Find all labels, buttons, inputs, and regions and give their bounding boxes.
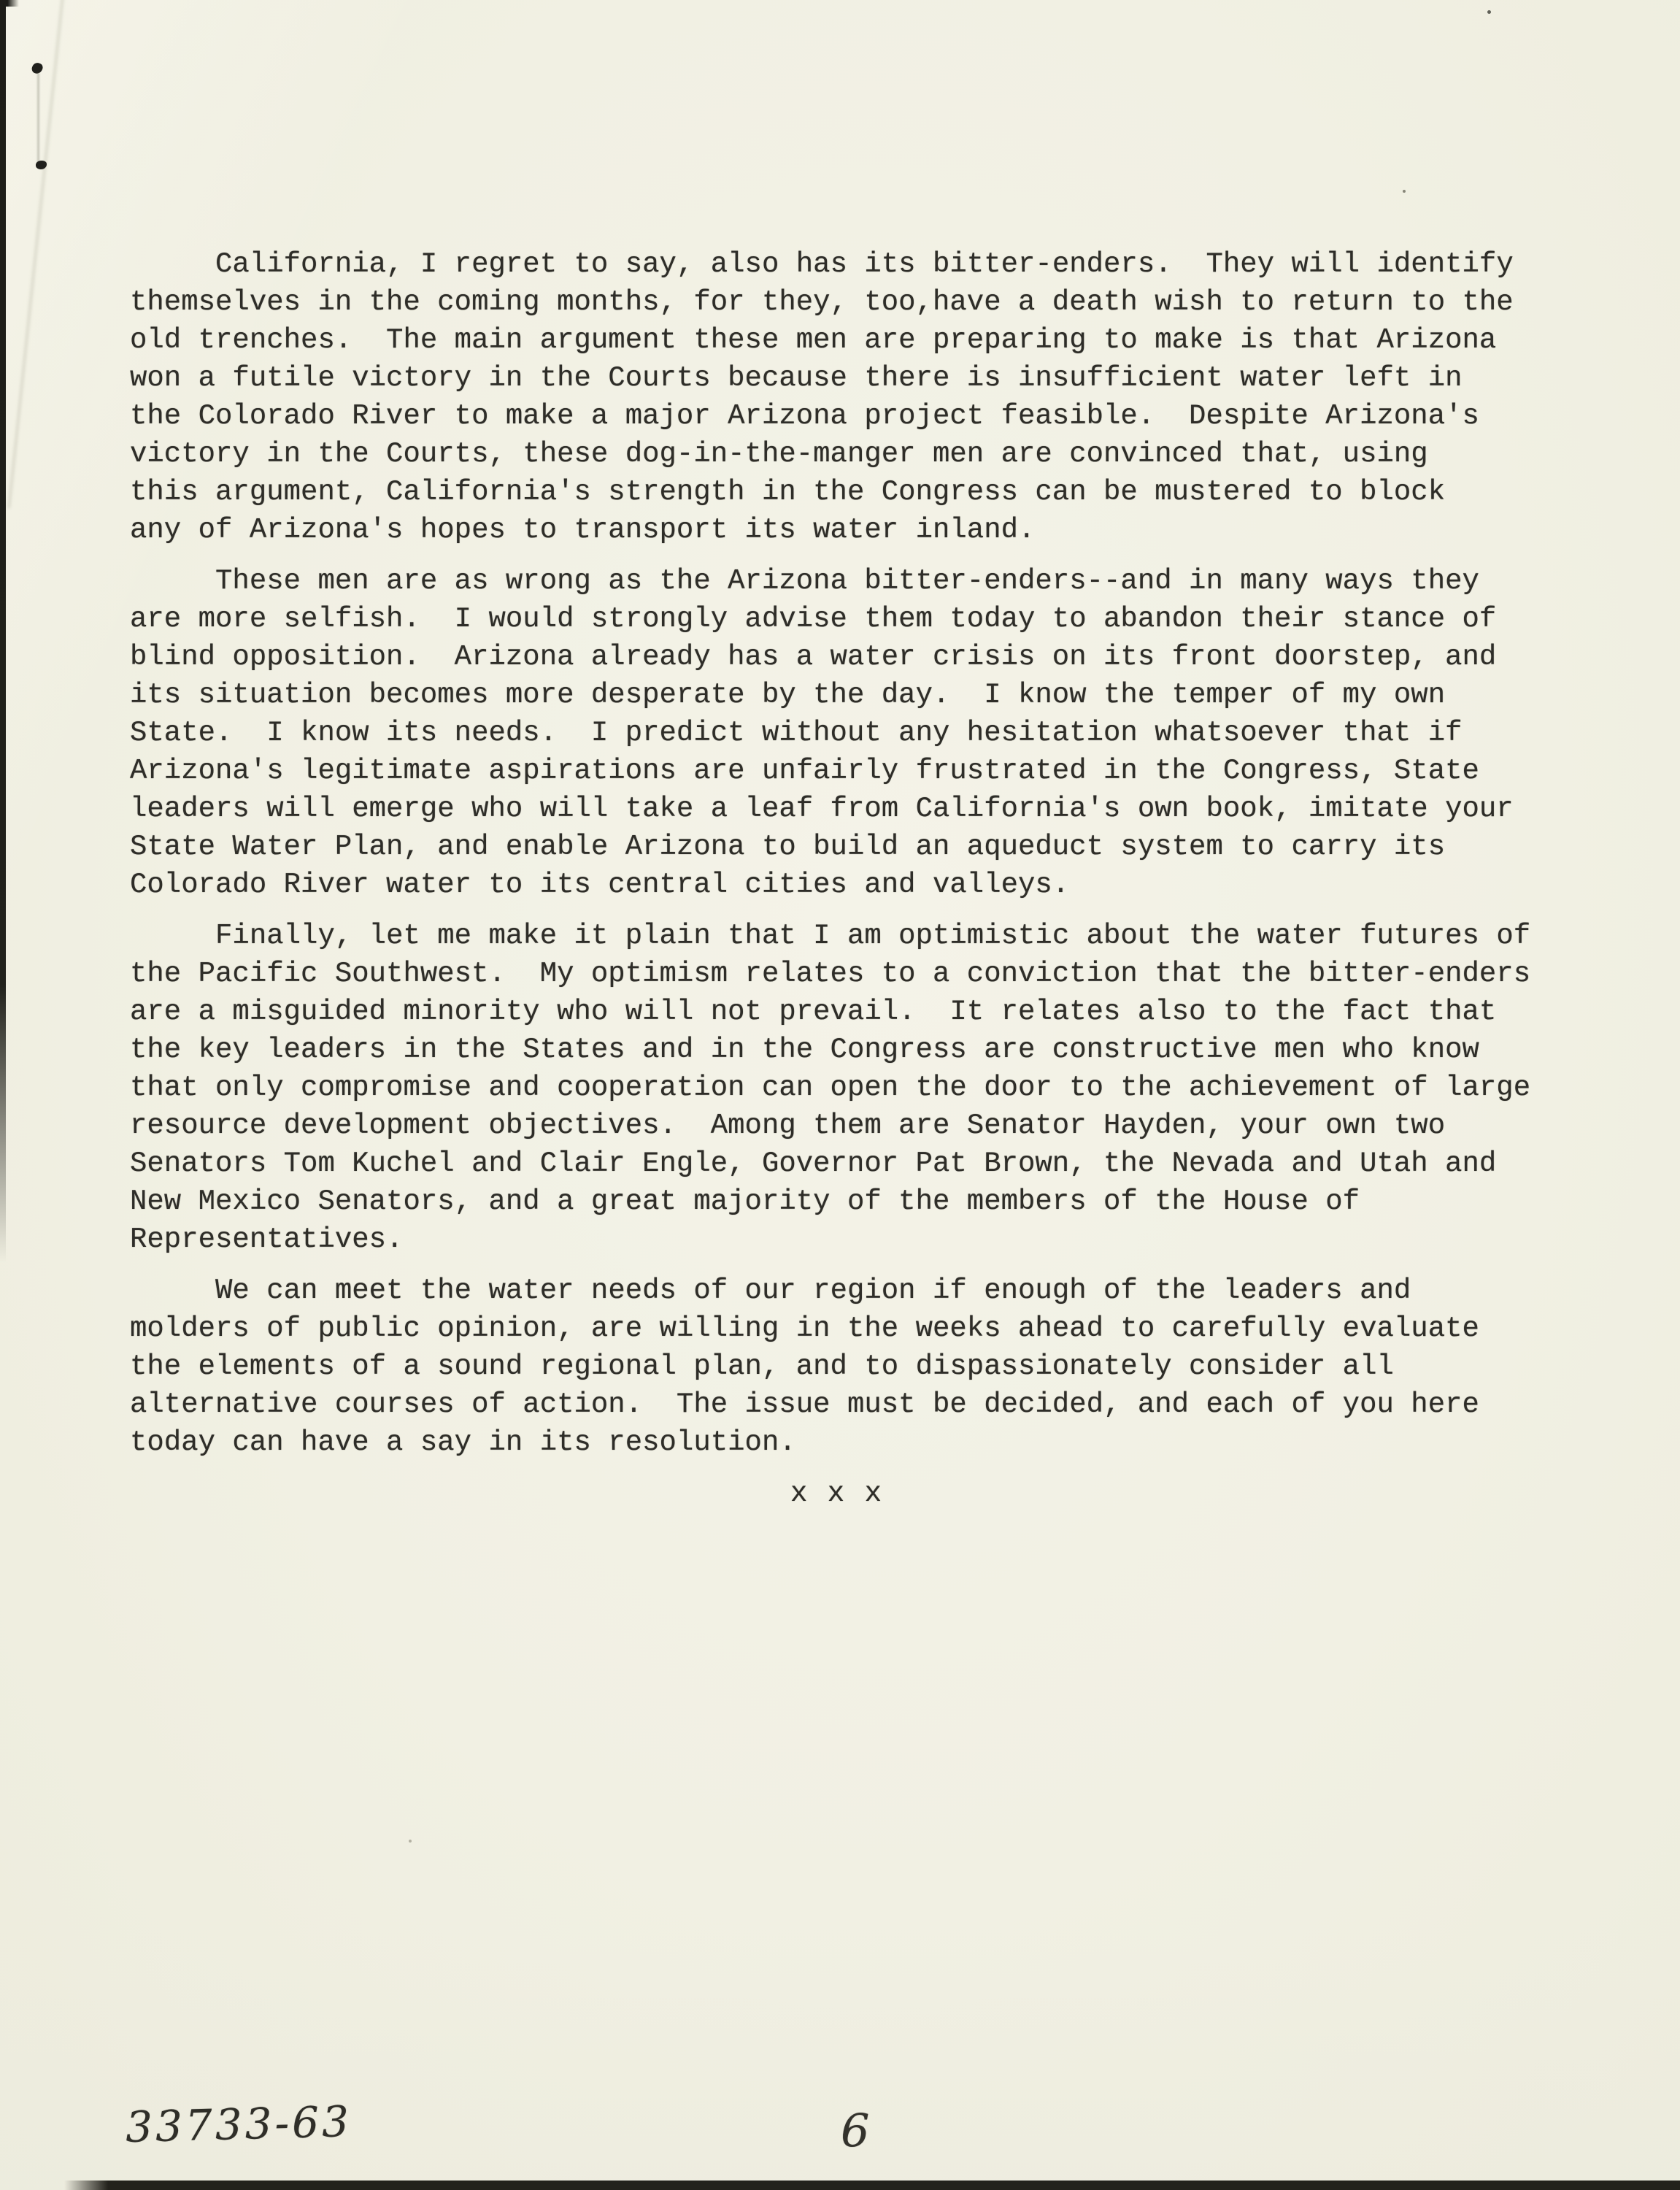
ink-streak <box>37 73 39 168</box>
footer-doc-number: 33733-63 <box>125 2097 352 2152</box>
paragraph-these-men-are-wrong: These men are as wrong as the Arizona bi… <box>130 562 1575 904</box>
end-marker: x x x <box>130 1475 1575 1513</box>
paragraph-we-can-meet: We can meet the water needs of our regio… <box>130 1272 1575 1461</box>
typewritten-text-block: California, I regret to say, also has it… <box>130 245 1575 1513</box>
scanner-edge-corner <box>0 0 19 7</box>
paper-speck <box>1403 190 1406 193</box>
paragraph-california-bitter-enders: California, I regret to say, also has it… <box>130 245 1575 549</box>
paper-speck <box>1487 10 1491 14</box>
footer-page-number: 6 <box>841 2104 869 2157</box>
scanned-page: California, I regret to say, also has it… <box>0 0 1680 2190</box>
scanner-edge-left <box>0 0 6 1263</box>
paper-crease <box>8 0 65 508</box>
scanner-edge-bottom <box>64 2181 1680 2190</box>
paper-speck <box>409 1840 412 1843</box>
paragraph-finally-optimistic: Finally, let me make it plain that I am … <box>130 917 1575 1259</box>
